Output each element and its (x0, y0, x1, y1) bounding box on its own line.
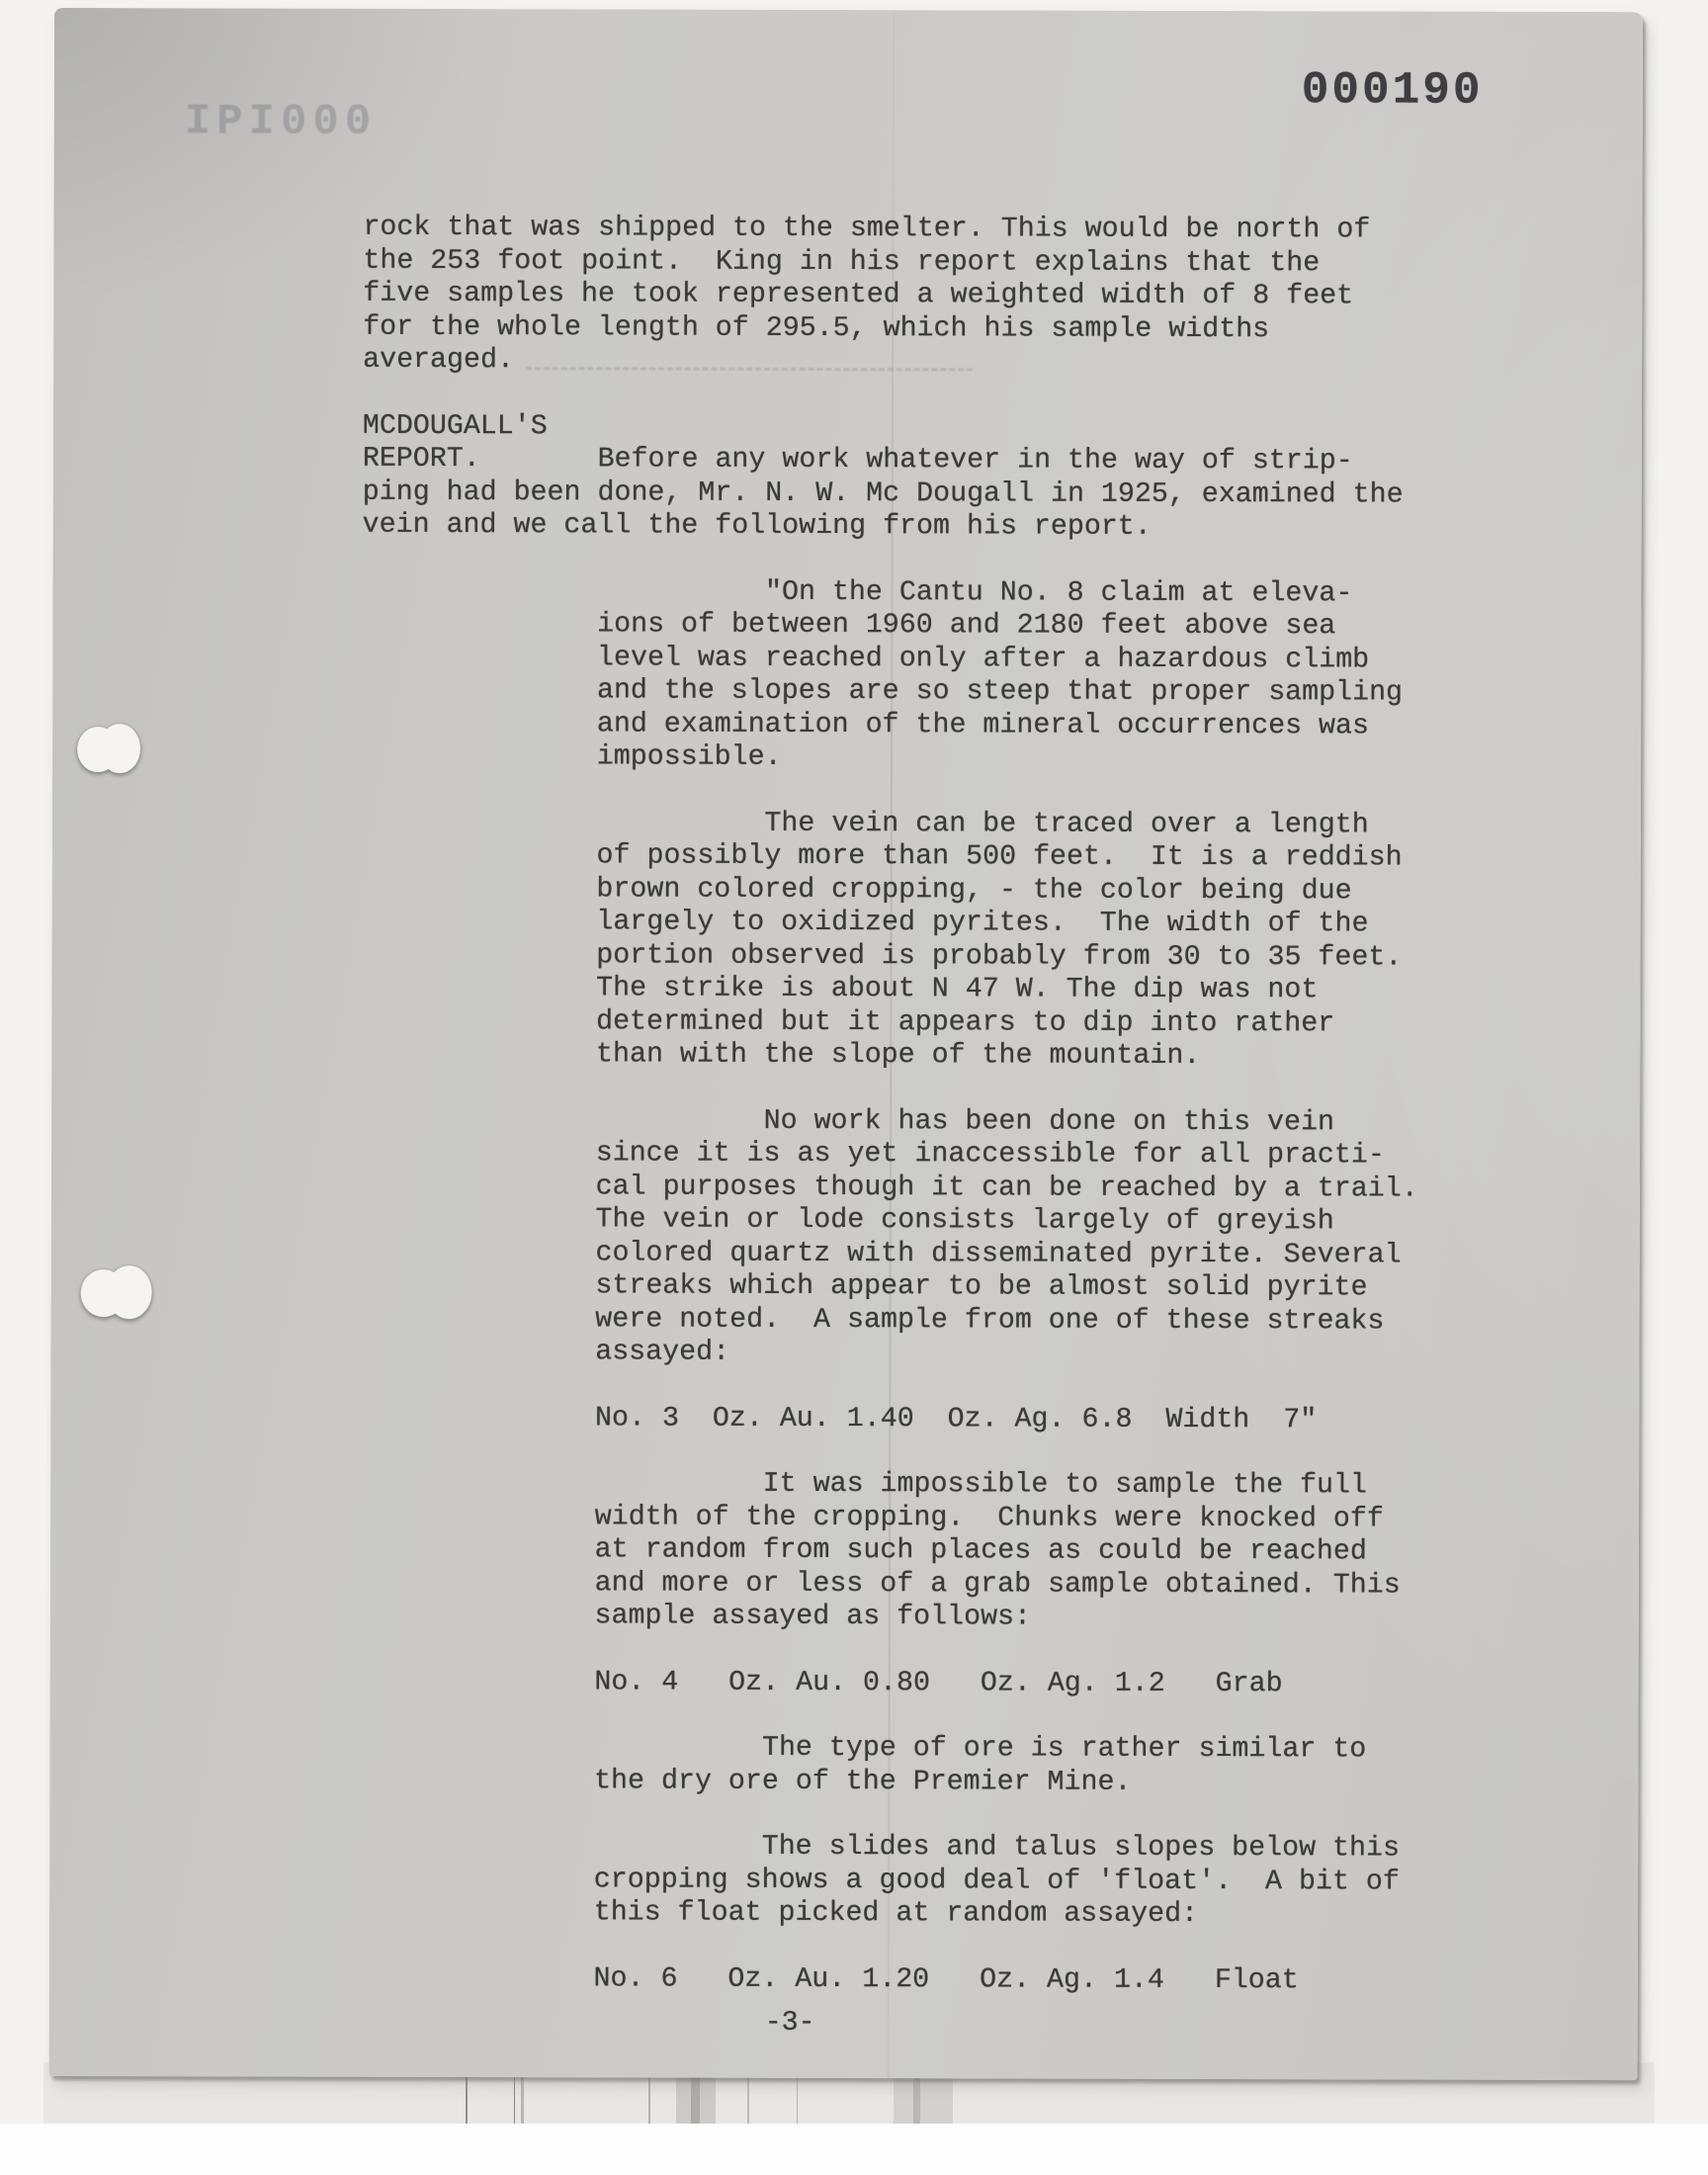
quote-paragraph-slides-talus: The slides and talus slopes below this c… (359, 1830, 1416, 1932)
quote-paragraph-cantu-claim: "On the Cantu No. 8 claim at eleva- ions… (362, 574, 1419, 776)
section-heading-mcdougalls-report: MCDOUGALL'S REPORT. Before any work what… (363, 409, 1420, 545)
page-number-footer: -3- (765, 2007, 815, 2041)
assay-line-no4: No. 4 Oz. Au. 0.80 Oz. Ag. 1.2 Grab (360, 1665, 1417, 1700)
quote-paragraph-vein-traced: The vein can be traced over a length of … (361, 806, 1418, 1074)
quote-paragraph-ore-type: The type of ore is rather similar to the… (359, 1731, 1416, 1800)
punch-hole-bottom (81, 1265, 152, 1319)
punch-hole-circle (107, 1265, 152, 1319)
scanner-background: 000190 IPI000 rock that was shipped to t… (0, 0, 1708, 2175)
quote-paragraph-grab-sample: It was impossible to sample the full wid… (360, 1467, 1417, 1635)
punch-hole-top (77, 724, 140, 775)
assay-line-no6: No. 6 Oz. Au. 1.20 Oz. Ag. 1.4 Float (359, 1961, 1416, 1997)
assay-line-no3: No. 3 Oz. Au. 1.40 Oz. Ag. 6.8 Width 7" (360, 1401, 1417, 1436)
typewritten-body: rock that was shipped to the smelter. Th… (359, 212, 1421, 2031)
quote-paragraph-no-work-done: No work has been done on this vein since… (360, 1103, 1417, 1371)
document-number-stamp: 000190 (1302, 64, 1484, 116)
scan-bottom-margin (0, 2124, 1708, 2175)
paragraph-smelter-rock: rock that was shipped to the smelter. Th… (363, 212, 1420, 380)
punch-hole-circle (99, 724, 140, 773)
document-page: 000190 IPI000 rock that was shipped to t… (49, 8, 1643, 2080)
faint-ledger-stamp: IPI000 (185, 97, 378, 147)
